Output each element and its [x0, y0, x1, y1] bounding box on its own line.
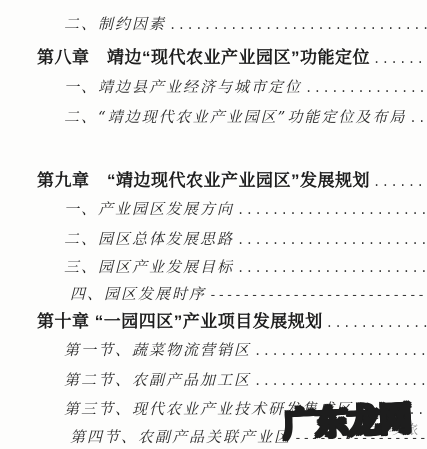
toc-leader: ........................................…: [373, 52, 427, 66]
toc-entry-label: 二、园区总体发展思路: [64, 228, 234, 249]
toc-entry: 四、园区发展时序 -------------------------------…: [70, 283, 427, 304]
toc-entry-label: 第八章 靖边“现代农业产业园区”功能定位: [37, 43, 370, 68]
toc-entry: 二、“靖边现代农业产业园区”功能定位及布局 ..................…: [64, 106, 427, 127]
toc-entry-chapter-9: 第九章 “靖边现代农业产业园区”发展规划 ...................…: [37, 166, 427, 191]
watermark-logo: 广东龙网: [282, 393, 412, 447]
toc-entry-label: 一、靖边县产业经济与城市定位: [64, 76, 302, 97]
toc-entry-chapter-10: 第十章 “一园四区”产业项目发展规划 .....................…: [37, 307, 427, 332]
toc-entry: 二、园区总体发展思路 .............................…: [64, 228, 427, 249]
toc-leader: ........................................…: [373, 175, 427, 189]
toc-entry-label: 一、产业园区发展方向: [64, 198, 234, 219]
toc-leader: ........................................…: [409, 111, 427, 125]
toc-leader: ........................................…: [254, 374, 427, 388]
toc-entry: 一、靖边县产业经济与城市定位 .........................…: [64, 76, 427, 97]
toc-entry: 第二节、农副产品加工区 ............................…: [64, 369, 427, 390]
toc-leader: ........................................…: [237, 203, 427, 217]
toc-leader-partial: ........................................…: [6, 444, 427, 449]
toc-entry-label: 二、制约因素: [64, 13, 166, 34]
toc-entry: 一、产业园区发展方向 .............................…: [64, 198, 427, 219]
toc-leader: ........................................…: [254, 344, 427, 358]
toc-entry-label: 二、“靖边现代农业产业园区”功能定位及布局: [64, 106, 406, 127]
toc-entry-label: 第十章 “一园四区”产业项目发展规划: [37, 307, 323, 332]
toc-entry-label: 三、园区产业发展目标: [64, 256, 234, 277]
toc-leader: ........................................…: [237, 261, 427, 275]
toc-leader: ........................................…: [237, 233, 427, 247]
toc-entry-label: 第二节、农副产品加工区: [64, 369, 251, 390]
toc-entry-chapter-8: 第八章 靖边“现代农业产业园区”功能定位 ...................…: [37, 43, 427, 68]
toc-entry: 二、制约因素 .................................…: [64, 13, 427, 34]
toc-entry-label: 四、园区发展时序: [70, 283, 206, 304]
toc-entry-label: 第九章 “靖边现代农业产业园区”发展规划: [37, 166, 370, 191]
toc-leader: ........................................…: [169, 18, 427, 32]
toc-entry: 第一节、蔬菜物流营销区 ............................…: [64, 339, 427, 360]
toc-page: 二、制约因素 .................................…: [0, 0, 427, 449]
toc-leader: ........................................…: [305, 81, 427, 95]
toc-leader: ----------------------------------------…: [209, 288, 427, 303]
toc-entry: 三、园区产业发展目标 .............................…: [64, 256, 427, 277]
toc-leader: ........................................…: [326, 316, 427, 330]
toc-entry-label: 第一节、蔬菜物流营销区: [64, 339, 251, 360]
